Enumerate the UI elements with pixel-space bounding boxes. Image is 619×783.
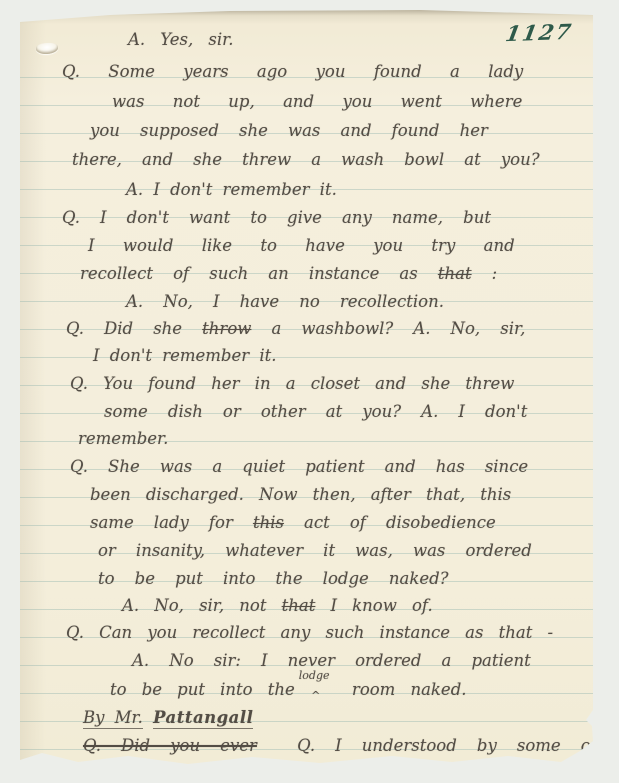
handwriting-line: I would like to have you try and — [88, 238, 515, 255]
handwriting-text: act of disobedience — [284, 513, 496, 532]
handwriting-line: was not up, and you went where — [112, 94, 522, 111]
handwriting-line: to be put into the lodge naked? — [98, 571, 449, 588]
handwriting-line: there, and she threw a wash bowl at you? — [72, 152, 540, 169]
handwriting-line: Q. Some years ago you found a lady — [62, 64, 523, 81]
caret-mark: ^ — [311, 690, 320, 701]
byline-prefix: By Mr. — [83, 708, 143, 729]
handwriting-line: Q. Can you recollect any such instance a… — [66, 625, 553, 642]
handwriting-text: : — [472, 264, 498, 283]
scanned-document-background: 1127 A. Yes, sir. Q. Some years ago you … — [0, 0, 619, 783]
handwriting-line: A. No sir: I never ordered a patient — [132, 653, 531, 670]
handwriting-line: been discharged. Now then, after that, t… — [90, 487, 511, 504]
struck-out-text: Q. Did you ever — [83, 736, 257, 755]
punch-hole — [36, 42, 59, 55]
handwriting-line: remember. — [78, 431, 168, 448]
handwriting-text: to be put into the — [110, 680, 295, 699]
handwriting-line: I don't remember it. — [93, 348, 276, 365]
handwriting-line: same lady for this act of disobedience — [90, 515, 496, 532]
crossed-out-word: that — [282, 596, 316, 615]
handwriting-text: room naked. — [337, 680, 467, 699]
handwriting-line: Q. Did you ever Q. I understood by some … — [83, 738, 619, 755]
handwriting-text: A. No, sir, not — [122, 596, 282, 615]
handwriting-text: I know of. — [315, 596, 432, 615]
manuscript-paper: 1127 A. Yes, sir. Q. Some years ago you … — [20, 10, 593, 766]
paper-left-shade — [20, 10, 46, 766]
handwriting-text: Q. I understood by some of the — [257, 736, 619, 755]
crossed-out-word: that — [438, 264, 472, 283]
inserted-word-annotation: lodge^ — [295, 682, 337, 699]
handwriting-line: A. I don't remember it. — [126, 182, 337, 199]
inserted-word: lodge — [299, 670, 330, 681]
handwriting-text: Q. Did she — [66, 319, 202, 338]
handwriting-line: Q. She was a quiet patient and has since — [70, 459, 528, 476]
handwriting-line: to be put into thelodge^ room naked. — [110, 682, 467, 699]
crossed-out-word: this — [253, 513, 284, 532]
handwriting-line: some dish or other at you? A. I don't — [104, 404, 527, 421]
handwriting-text: same lady for — [90, 513, 253, 532]
attorney-name: Pattangall — [153, 708, 253, 729]
handwriting-line: Q. You found her in a closet and she thr… — [70, 376, 514, 393]
handwriting-line: A. No, I have no recollection. — [126, 294, 444, 311]
handwriting-text: recollect of such an instance as — [80, 264, 438, 283]
byline: By Mr. Pattangall — [83, 710, 253, 727]
handwriting-line: A. Yes, sir. — [128, 32, 233, 49]
crossed-out-word: throw — [202, 319, 251, 338]
handwriting-text: a washbowl? A. No, sir, — [251, 319, 525, 338]
handwriting-line: A. No, sir, not that I know of. — [122, 598, 433, 615]
handwriting-line: you supposed she was and found her — [90, 123, 488, 140]
handwriting-line: or insanity, whatever it was, was ordere… — [98, 543, 532, 560]
handwriting-line: Q. Did she throw a washbowl? A. No, sir, — [66, 321, 525, 338]
handwriting-line: Q. I don't want to give any name, but — [62, 210, 491, 227]
handwriting-line: recollect of such an instance as that : — [80, 266, 497, 283]
page-number-stamp: 1127 — [504, 19, 575, 46]
